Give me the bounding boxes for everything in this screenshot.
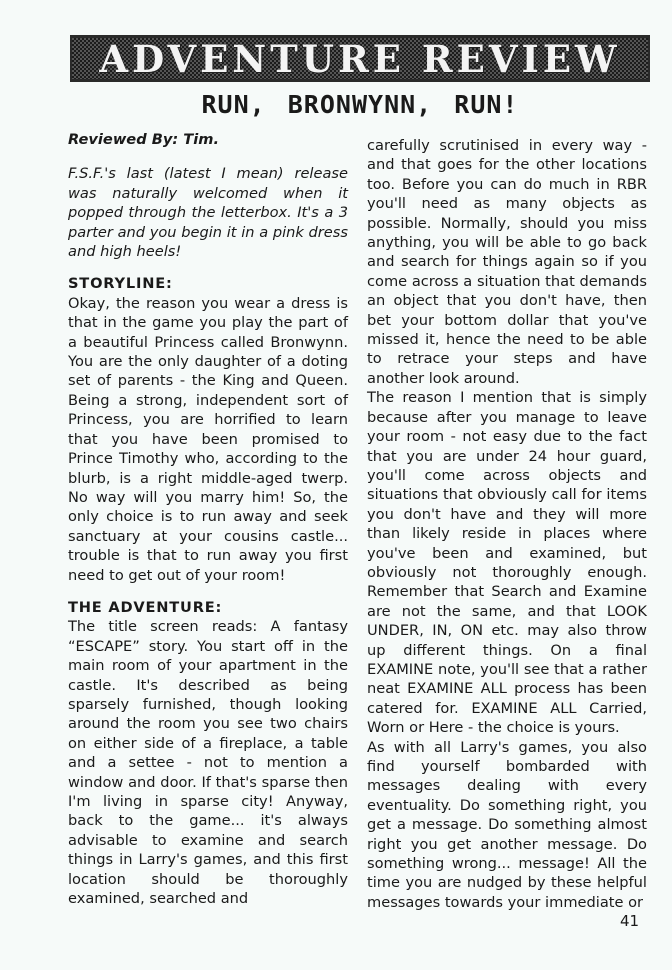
right-column: carefully scrutinised in every way - and… bbox=[367, 136, 647, 912]
section-heading-storyline: STORYLINE: bbox=[68, 274, 348, 293]
intro-paragraph: F.S.F.'s last (latest I mean) release wa… bbox=[68, 164, 348, 261]
section-heading-adventure: THE ADVENTURE: bbox=[68, 598, 348, 617]
left-column: Reviewed By: Tim. F.S.F.'s last (latest … bbox=[68, 130, 348, 908]
section-banner: ADVENTURE REVIEW bbox=[70, 35, 650, 82]
byline: Reviewed By: Tim. bbox=[68, 130, 348, 149]
storyline-paragraph: Okay, the reason you wear a dress is tha… bbox=[68, 294, 348, 585]
article-title: RUN, BRONWYNN, RUN! bbox=[70, 90, 650, 119]
body-paragraph: The reason I mention that is simply beca… bbox=[367, 388, 647, 737]
body-paragraph: As with all Larry's games, you also find… bbox=[367, 738, 647, 913]
page-number: 41 bbox=[620, 912, 639, 930]
adventure-paragraph: The title screen reads: A fantasy “ESCAP… bbox=[68, 617, 348, 908]
body-paragraph: carefully scrutinised in every way - and… bbox=[367, 136, 647, 388]
banner-title: ADVENTURE REVIEW bbox=[99, 41, 620, 78]
